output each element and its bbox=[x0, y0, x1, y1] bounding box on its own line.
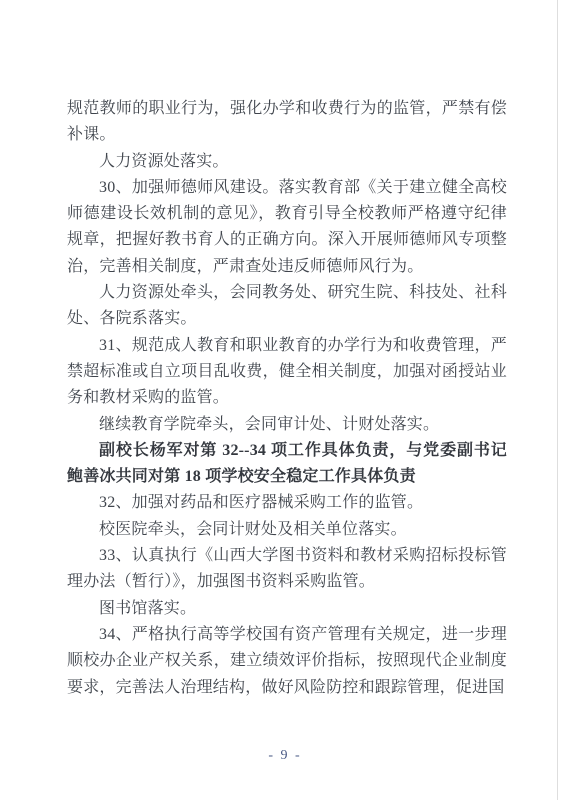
paragraph-item-33: 33、认真执行《山西大学图书资料和教材采购招标投标管理办法（暂行）》，加强图书资… bbox=[67, 543, 507, 596]
paragraph-item-32: 32、加强对药品和医疗器械采购工作的监管。 bbox=[67, 490, 507, 516]
paragraph-item-30: 30、加强师德师风建设。落实教育部《关于建立健全高校师德建设长效机制的意见》，教… bbox=[67, 175, 507, 280]
paragraph-responsible-unit: 图书馆落实。 bbox=[67, 596, 507, 622]
paragraph-item-34: 34、严格执行高等学校国有资产管理有关规定，进一步理顺校办企业产权关系，建立绩效… bbox=[67, 622, 507, 701]
document-page: 规范教师的职业行为，强化办学和收费行为的监管，严禁有偿补课。 人力资源处落实。 … bbox=[0, 0, 570, 800]
page-edge-divider bbox=[557, 0, 558, 800]
paragraph-item-31: 31、规范成人教育和职业教育的办学行为和收费管理，严禁超标准或自立项目乱收费，健… bbox=[67, 333, 507, 412]
paragraph-responsible-unit: 人力资源处落实。 bbox=[67, 149, 507, 175]
paragraph-section-header: 副校长杨军对第 32--34 项工作具体负责，与党委副书记鲍善冰共同对第 18 … bbox=[67, 438, 507, 491]
paragraph-responsible-unit: 校医院牵头，会同计财处及相关单位落实。 bbox=[67, 517, 507, 543]
paragraph-continuation: 规范教师的职业行为，强化办学和收费行为的监管，严禁有偿补课。 bbox=[67, 96, 507, 149]
page-number: - 9 - bbox=[0, 748, 570, 764]
paragraph-responsible-unit: 人力资源处牵头，会同教务处、研究生院、科技处、社科处、各院系落实。 bbox=[67, 280, 507, 333]
paragraph-responsible-unit: 继续教育学院牵头，会同审计处、计财处落实。 bbox=[67, 412, 507, 438]
document-body: 规范教师的职业行为，强化办学和收费行为的监管，严禁有偿补课。 人力资源处落实。 … bbox=[67, 96, 507, 701]
